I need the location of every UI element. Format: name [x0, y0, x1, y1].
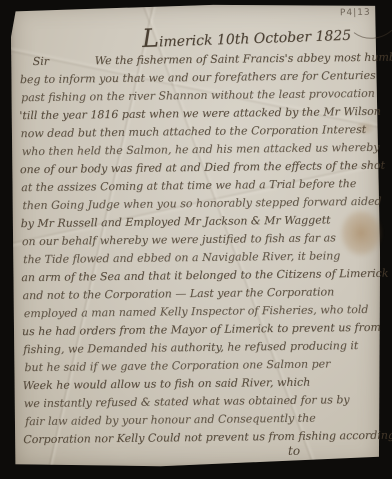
catchword: to	[288, 444, 300, 458]
letter-line-text: We the fishermen of Saint Francis's abbe…	[95, 50, 392, 67]
letter-body: SirWe the fishermen of Saint Francis's a…	[19, 49, 380, 449]
salutation: Sir	[19, 52, 95, 71]
letter-photograph: P4|13 Limerick 10th October 1825 SirWe t…	[0, 0, 392, 479]
pen-flourish-icon	[353, 28, 392, 41]
